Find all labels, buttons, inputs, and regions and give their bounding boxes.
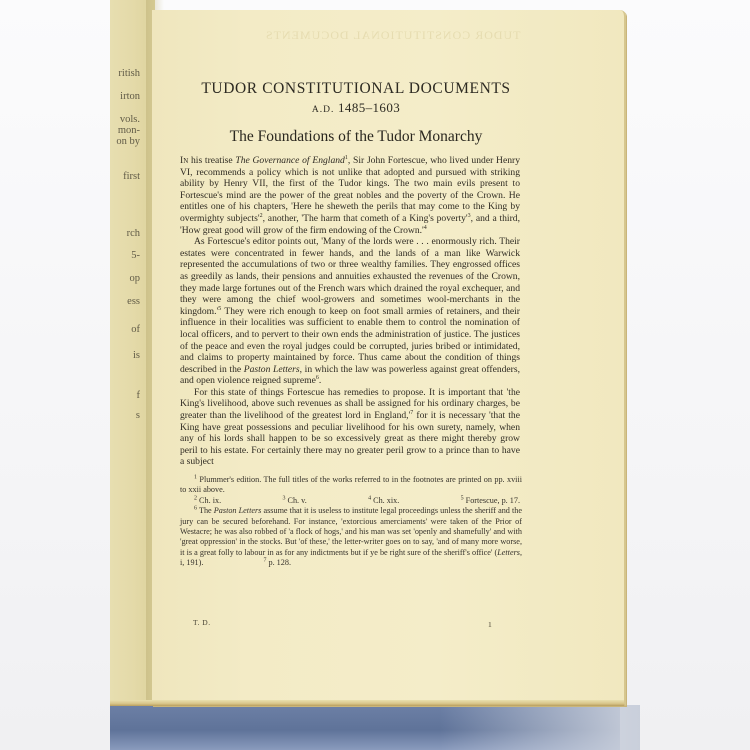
left-page-fragment: f <box>110 390 140 401</box>
footnote-text: Fortescue, p. 17. <box>466 496 520 505</box>
footnote-2: 2 Ch. ix. <box>194 496 221 506</box>
footnote-mark: 5 <box>461 495 464 501</box>
footnote-text: Ch. v. <box>287 496 306 505</box>
text-run: , another, 'The harm that cometh of a Ki… <box>263 213 468 224</box>
footnote-mark: 3 <box>282 495 285 501</box>
footnote-text: Plummer's edition. The full titles of th… <box>180 475 522 494</box>
footnote-4: 4 Ch. xix. <box>368 496 399 506</box>
date-prefix: A.D. <box>312 105 334 115</box>
text-run: . <box>319 375 321 386</box>
body-text: In his treatise The Governance of Englan… <box>180 155 520 468</box>
date-range: A.D. 1485–1603 <box>186 100 526 116</box>
footnote-3: 3 Ch. v. <box>282 496 306 506</box>
left-page-fragment: irton <box>110 91 140 102</box>
footnote-mark: 7 <box>263 558 266 564</box>
page-bottom-edge <box>110 700 624 706</box>
date-values: 1485–1603 <box>338 100 400 115</box>
footnote-text: Ch. xix. <box>373 496 399 505</box>
chapter-title: The Foundations of the Tudor Monarchy <box>186 128 526 146</box>
opening-words: In <box>180 155 188 166</box>
left-page-fragment: rch <box>110 228 140 239</box>
footnote-1: 1 Plummer's edition. The full titles of … <box>180 475 522 496</box>
book-title-italic: The Governance of England <box>235 155 344 166</box>
show-through-text: TUDOR CONSTITUTIONAL DOCUMENTS <box>265 28 521 43</box>
left-page-fragment: mon- <box>110 125 140 136</box>
footnote-mark: 1 <box>194 474 197 480</box>
page-number: 1 <box>488 620 492 629</box>
footnote-7: p. 128. <box>268 558 291 567</box>
footnote-mark: 6 <box>194 505 197 511</box>
paragraph-2: As Fortescue's editor points out, 'Many … <box>180 236 520 387</box>
left-page-fragment: vols. <box>110 114 140 125</box>
left-page-fragment: is <box>110 350 140 361</box>
footnote-5: 5 Fortescue, p. 17. <box>461 496 520 506</box>
footnote-text: Ch. ix. <box>199 496 221 505</box>
left-page-fragment: op <box>110 273 140 284</box>
left-page-fragment: first <box>110 171 140 182</box>
footnote-mark: 2 <box>194 495 197 501</box>
signature-mark: T. D. <box>193 618 211 627</box>
running-title: TUDOR CONSTITUTIONAL DOCUMENTS <box>186 80 526 98</box>
text-run: his treatise <box>188 155 235 166</box>
footnote-text: The <box>199 506 214 515</box>
cover-shadow <box>440 705 640 750</box>
footnote-short-refs: 2 Ch. ix. 3 Ch. v. 4 Ch. xix. 5 Fortescu… <box>180 496 522 506</box>
left-page-fragment: 5- <box>110 250 140 261</box>
book-title-italic: Letters <box>497 548 520 557</box>
footnote-mark: 4 <box>368 495 371 501</box>
footnote-6: 6 The Paston Letters assume that it is u… <box>180 506 522 568</box>
left-page-fragment: of <box>110 324 140 335</box>
footnotes: 1 Plummer's edition. The full titles of … <box>180 475 522 569</box>
left-page-fragment: s <box>110 410 140 421</box>
footnote-ref: 4 <box>424 224 427 230</box>
book-title-italic: Paston Letters <box>214 506 262 515</box>
left-page-fragment: on by <box>110 136 140 147</box>
left-page-fragment: ritish <box>110 68 140 79</box>
left-page-fragment: ess <box>110 296 140 307</box>
book-title-italic: Paston Letters <box>244 364 300 375</box>
text-run: As Fortescue's editor points out, 'Many … <box>180 236 520 317</box>
paragraph-3: For this state of things Fortescue has r… <box>180 387 520 468</box>
paragraph-1: In his treatise The Governance of Englan… <box>180 155 520 236</box>
